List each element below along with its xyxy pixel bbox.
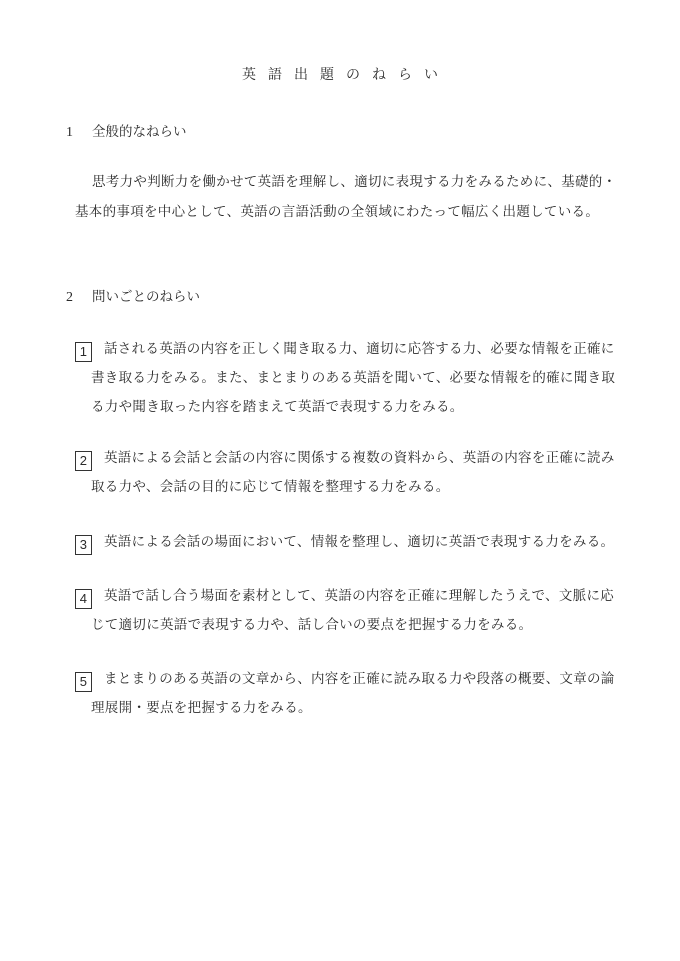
- item-text: 英語による会話の場面において、情報を整理し、適切に英語で表現する力をみる。: [104, 534, 614, 550]
- item-text: 取る力や、会話の目的に応じて情報を整理する力をみる。: [75, 473, 635, 502]
- section-title: 問いごとのねらい: [92, 289, 200, 305]
- item-text: 英語で話し合う場面を素材として、英語の内容を正確に理解したうえで、文脈に応: [104, 588, 614, 604]
- question-number-box: 2: [75, 451, 92, 471]
- section-1-heading: 1全般的なねらい: [66, 120, 187, 141]
- document-page: 英語出題のねらい 1全般的なねらい 思考力や判断力を働かせて英語を理解し、適切に…: [0, 0, 680, 961]
- question-item-2: 2英語による会話と会話の内容に関係する複数の資料から、英語の内容を正確に読み 取…: [75, 444, 635, 502]
- item-text: 書き取る力をみる。また、まとまりのある英語を聞いて、必要な情報を的確に聞き取: [75, 364, 635, 393]
- section-1-body-line-1: 思考力や判断力を働かせて英語を理解し、適切に表現する力をみるために、基礎的・: [92, 168, 616, 197]
- section-number: 2: [66, 290, 92, 306]
- item-text: 話される英語の内容を正しく聞き取る力、適切に応答する力、必要な情報を正確に: [104, 341, 615, 357]
- section-1-body-line-2: 基本的事項を中心として、英語の言語活動の全領域にわたって幅広く出題している。: [75, 198, 599, 227]
- question-number-box: 5: [75, 672, 92, 692]
- item-text: まとまりのある英語の文章から、内容を正確に読み取る力や段落の概要、文章の論: [104, 671, 615, 687]
- page-title: 英語出題のねらい: [0, 64, 680, 84]
- item-text: じて適切に英語で表現する力や、話し合いの要点を把握する力をみる。: [75, 611, 635, 640]
- question-number-box: 1: [75, 342, 92, 362]
- question-number-box: 4: [75, 589, 92, 609]
- question-item-3: 3英語による会話の場面において、情報を整理し、適切に英語で表現する力をみる。: [75, 528, 635, 557]
- item-text: 理展開・要点を把握する力をみる。: [75, 694, 635, 723]
- question-number-box: 3: [75, 535, 92, 555]
- section-2-heading: 2問いごとのねらい: [66, 285, 200, 306]
- question-item-4: 4英語で話し合う場面を素材として、英語の内容を正確に理解したうえで、文脈に応 じ…: [75, 582, 635, 640]
- item-text: る力や聞き取った内容を踏まえて英語で表現する力をみる。: [75, 393, 635, 422]
- item-text: 英語による会話と会話の内容に関係する複数の資料から、英語の内容を正確に読み: [104, 450, 615, 466]
- section-number: 1: [66, 125, 92, 141]
- section-title: 全般的なねらい: [92, 124, 187, 140]
- question-item-5: 5まとまりのある英語の文章から、内容を正確に読み取る力や段落の概要、文章の論 理…: [75, 665, 635, 723]
- question-item-1: 1話される英語の内容を正しく聞き取る力、適切に応答する力、必要な情報を正確に 書…: [75, 335, 635, 422]
